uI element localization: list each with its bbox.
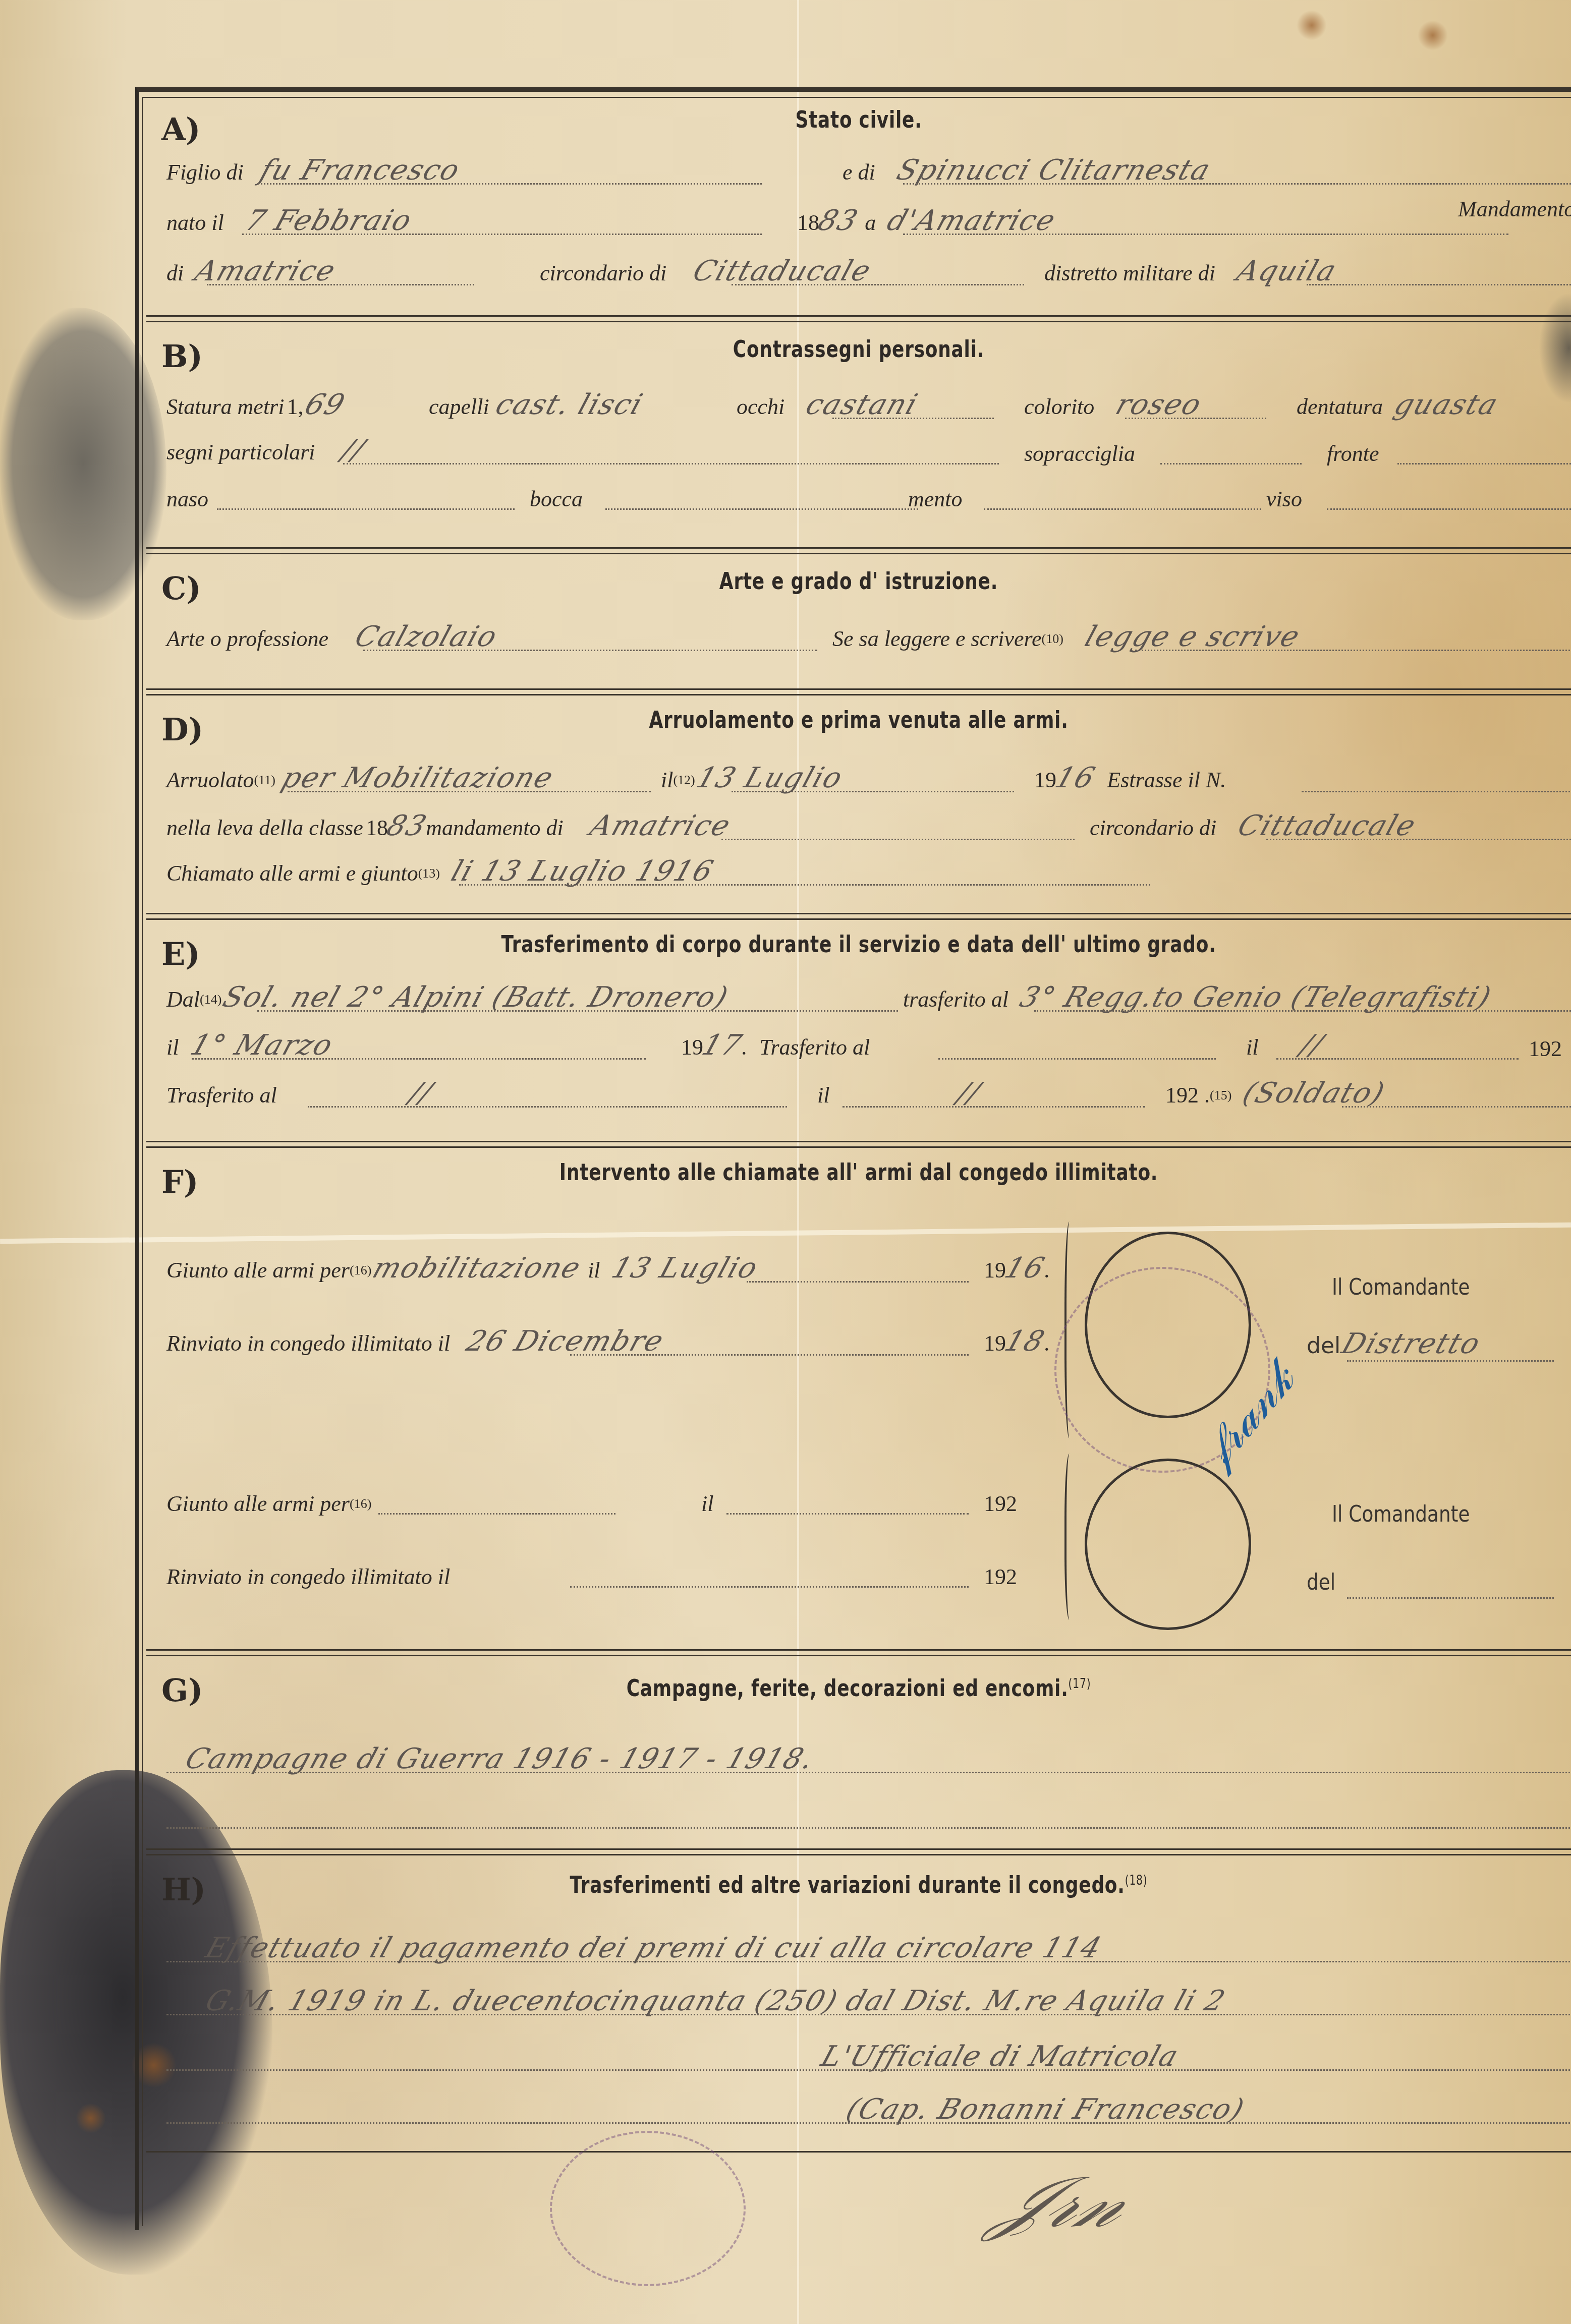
section-d-arruolamento: D) Arruolamento e prima venuta alle armi… xyxy=(146,688,1571,905)
label-il: il xyxy=(588,1257,600,1283)
value-grado: (Soldato) xyxy=(1239,1077,1389,1110)
section-h-variazioni: H) Trasferimenti ed altre variazioni dur… xyxy=(146,1848,1571,2222)
label-il: il xyxy=(661,767,673,793)
section-c-istruzione: C) Arte e grado d' istruzione. Arte o pr… xyxy=(146,547,1571,683)
value-circondario: Cittaducale xyxy=(1234,809,1421,842)
section-letter: C) xyxy=(161,570,201,607)
label-mandamento: Mandamento xyxy=(1458,196,1571,222)
value-trasferito-3: // xyxy=(405,1077,437,1110)
section-f-congedo: F) Intervento alle chiamate all' armi da… xyxy=(146,1141,1571,1638)
label-arruolato: Arruolato xyxy=(166,767,254,793)
label-mandamento: mandamento di xyxy=(426,815,564,841)
section-title: Intervento alle chiamate all' armi dal c… xyxy=(303,1158,1415,1186)
value-circondario: Cittaducale xyxy=(689,255,876,287)
label-segni-particolari: segni particolari xyxy=(166,439,315,465)
value-trasferito-al: 3° Regg.to Genio (Telegrafisti) xyxy=(1016,981,1496,1014)
value-giunto-date: 13 Luglio xyxy=(607,1252,762,1285)
section-title: Arte e grado d' istruzione. xyxy=(303,567,1415,595)
footnote-16: (16) xyxy=(350,1496,371,1512)
year-placeholder: 192 xyxy=(1165,1083,1199,1108)
label-leva-classe: nella leva della classe xyxy=(166,815,363,841)
value-birth-date: 7 Febbraio xyxy=(241,204,416,237)
section-letter: D) xyxy=(161,711,203,748)
value-transfer-year: 17 xyxy=(698,1029,746,1062)
section-g-campagne: G) Campagne, ferite, decorazioni ed enco… xyxy=(146,1649,1571,1851)
label-il-comandante-2: Il Comandante xyxy=(1332,1501,1470,1527)
label-sopracciglia: sopracciglia xyxy=(1024,441,1135,467)
rust-spot xyxy=(1418,20,1448,50)
value-capelli: cast. lisci xyxy=(491,388,647,421)
label-dentatura: dentatura xyxy=(1297,394,1383,420)
value-statura: 69 xyxy=(301,388,349,421)
label-giunto-2: Giunto alle armi per xyxy=(166,1491,350,1517)
year-placeholder: 192 xyxy=(984,1564,1017,1589)
label-estrasse: Estrasse il N. xyxy=(1107,767,1226,793)
section-title: Campagne, ferite, decorazioni ed encomi.… xyxy=(303,1674,1415,1702)
footnote-10: (10) xyxy=(1042,631,1063,647)
label-il-3: il xyxy=(817,1082,829,1108)
value-leggere-scrivere: legge e scrive xyxy=(1081,620,1304,653)
value-transfer-date: 1° Marzo xyxy=(186,1029,337,1062)
h-line-captain-name: (Cap. Bonanni Francesco) xyxy=(842,2093,1249,2126)
value-father: fu Francesco xyxy=(256,154,464,187)
value-mother: Spinucci Clitarnesta xyxy=(892,154,1215,187)
faded-stamp-bottom xyxy=(550,2131,746,2286)
section-a-stato-civile: A) Stato civile. Figlio di fu Francesco … xyxy=(146,96,1571,308)
value-birth-year: 83 xyxy=(814,204,862,237)
label-bocca: bocca xyxy=(530,486,583,512)
label-colorito: colorito xyxy=(1024,394,1094,420)
label-statura: Statura metri xyxy=(166,394,284,420)
label-chiamato: Chiamato alle armi e giunto xyxy=(166,860,418,886)
rust-spot xyxy=(1297,10,1327,40)
label-leggere-scrivere: Se sa leggere e scrivere xyxy=(832,626,1042,652)
footnote-12: (12) xyxy=(673,773,695,788)
value-arruolato-year: 16 xyxy=(1051,762,1099,794)
section-e-trasferimento: E) Trasferimento di corpo durante il ser… xyxy=(146,913,1571,1140)
section-bottom-rule xyxy=(146,2151,1571,2156)
value-giunto-year: 16 xyxy=(1000,1252,1049,1285)
value-dal: Sol. nel 2° Alpini (Batt. Dronero) xyxy=(219,981,733,1014)
label-figlio-di: Figlio di xyxy=(166,159,244,185)
label-e-di: e di xyxy=(843,159,875,185)
label-naso: naso xyxy=(166,486,208,512)
label-occhi: occhi xyxy=(737,394,784,420)
value-giunto: mobilitazione xyxy=(369,1252,586,1285)
footnote-11: (11) xyxy=(254,773,275,788)
footnote-15: (15) xyxy=(1210,1088,1231,1103)
officer-signature-pencil: 𝒥𝓇𝓃 xyxy=(980,2161,1153,2244)
label-fronte: fronte xyxy=(1327,441,1379,467)
label-distretto: distretto militare di xyxy=(1044,260,1215,286)
label-del: del xyxy=(1307,1333,1340,1359)
value-mandamento: Amatrice xyxy=(586,809,735,842)
section-letter: G) xyxy=(161,1672,203,1709)
h-line-2: G.M. 1919 in L. duecentocinquanta (250) … xyxy=(201,1985,1229,2017)
section-letter: B) xyxy=(161,338,203,375)
stamp-placeholder-circle-2 xyxy=(1085,1459,1251,1630)
section-b-contrassegni: B) Contrassegni personali. Statura metri… xyxy=(146,315,1571,532)
section-title: Trasferimenti ed altre variazioni durant… xyxy=(303,1871,1415,1898)
year-placeholder: 192 xyxy=(984,1491,1017,1516)
value-professione: Calzolaio xyxy=(351,620,502,653)
section-title: Trasferimento di corpo durante il serviz… xyxy=(303,931,1415,958)
value-rinviato-date: 26 Dicembre xyxy=(463,1325,668,1358)
section-title: Arruolamento e prima venuta alle armi. xyxy=(303,706,1415,733)
label-viso: viso xyxy=(1266,486,1302,512)
value-mandamento: Amatrice xyxy=(191,255,341,287)
label-giunto: Giunto alle armi per xyxy=(166,1257,350,1283)
footnote-18: (18) xyxy=(1125,1873,1148,1888)
bracket-entry-2 xyxy=(1064,1454,1077,1620)
section-letter: F) xyxy=(161,1164,198,1200)
label-trasferito-al-3: Trasferito al xyxy=(166,1082,277,1108)
value-distretto: Aquila xyxy=(1233,255,1341,287)
label-a: a xyxy=(865,210,876,236)
value-birthplace: d'Amatrice xyxy=(883,204,1060,237)
footnote-13: (13) xyxy=(418,866,440,881)
section-letter: H) xyxy=(161,1871,206,1908)
footnote-14: (14) xyxy=(200,992,221,1007)
section-letter: A) xyxy=(161,111,200,148)
value-il-3: // xyxy=(953,1077,985,1110)
section-letter: E) xyxy=(161,936,200,972)
value-segni-particolari: // xyxy=(338,434,369,467)
value-il-2: // xyxy=(1296,1029,1328,1062)
h-line-ufficiale: L'Ufficiale di Matricola xyxy=(817,2040,1183,2073)
label-rinviato-2: Rinviato in congedo illimitato il xyxy=(166,1564,450,1590)
rust-spot xyxy=(76,2103,106,2133)
value-arruolato-date: 13 Luglio xyxy=(692,762,847,794)
section-title: Contrassegni personali. xyxy=(303,335,1415,363)
value-rinviato-year: 18 xyxy=(1000,1325,1049,1358)
label-il: il xyxy=(166,1034,179,1060)
label-rinviato: Rinviato in congedo illimitato il xyxy=(166,1330,450,1356)
footnote-16: (16) xyxy=(350,1263,371,1278)
label-nato-il: nato il xyxy=(166,210,224,236)
label-trasferito-al: trasferito al xyxy=(903,986,1008,1012)
footnote-17: (17) xyxy=(1069,1676,1091,1692)
label-il-2: il xyxy=(1246,1034,1258,1060)
label-capelli: capelli xyxy=(429,394,489,420)
statura-prefix: 1, xyxy=(287,394,304,419)
section-title: Stato civile. xyxy=(303,106,1415,133)
label-il-2: il xyxy=(701,1491,713,1517)
value-colorito: roseo xyxy=(1112,388,1206,421)
value-campagne: Campagne di Guerra 1916 - 1917 - 1918. xyxy=(181,1742,818,1775)
label-arte-professione: Arte o professione xyxy=(166,626,328,652)
value-chiamato: li 13 Luglio 1916 xyxy=(447,855,718,888)
value-del-distretto: Distretto xyxy=(1338,1327,1485,1360)
label-del-2: del xyxy=(1307,1570,1335,1595)
value-leva-year: 83 xyxy=(382,809,431,842)
year-placeholder: 192 xyxy=(1529,1036,1562,1061)
label-trasferito-al-2: Trasferito al xyxy=(759,1034,870,1060)
label-circondario: circondario di xyxy=(1090,815,1216,841)
label-di: di xyxy=(166,260,184,286)
value-occhi: castani xyxy=(802,388,922,421)
value-arruolato: per Mobilitazione xyxy=(277,762,558,794)
h-line-1: Effettuato il pagamento dei premi di cui… xyxy=(201,1932,1106,1964)
value-dentatura: guasta xyxy=(1390,388,1503,421)
label-dal: Dal xyxy=(166,986,200,1012)
label-mento: mento xyxy=(908,486,963,512)
label-il-comandante: Il Comandante xyxy=(1332,1274,1470,1300)
label-circondario: circondario di xyxy=(540,260,666,286)
